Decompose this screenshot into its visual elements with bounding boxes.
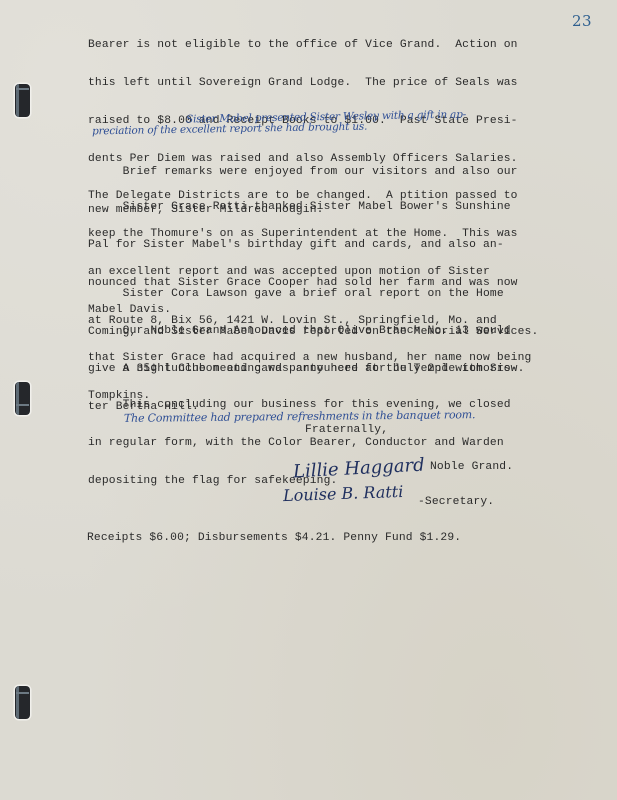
financial-summary: Receipts $6.00; Disbursements $4.21. Pen…: [87, 532, 547, 545]
title-noble-grand: Noble Grand.: [430, 461, 513, 474]
text-line: Our Noble Grand Announced that Olive Bra…: [88, 325, 548, 338]
text-line: Bearer is not eligible to the office of …: [88, 39, 548, 52]
text-line: Pal for Sister Mabel's birthday gift and…: [88, 239, 548, 252]
binder-hole-middle: [15, 382, 30, 415]
title-secretary: -Secretary.: [418, 496, 494, 509]
text-line: this left until Sovereign Grand Lodge. T…: [88, 77, 548, 90]
text-line: Sister Grace Ratti thanked Sister Mabel …: [88, 201, 548, 214]
text-line: in regular form, with the Color Bearer, …: [88, 437, 548, 450]
closing: Fraternally,: [305, 424, 388, 437]
document-page: 23 Bearer is not eligible to the office …: [0, 0, 617, 800]
binder-hole-top: [15, 84, 30, 117]
page-number: 23: [572, 12, 592, 30]
binder-hole-bottom: [15, 686, 30, 719]
text-line: Sister Cora Lawson gave a brief oral rep…: [88, 288, 548, 301]
